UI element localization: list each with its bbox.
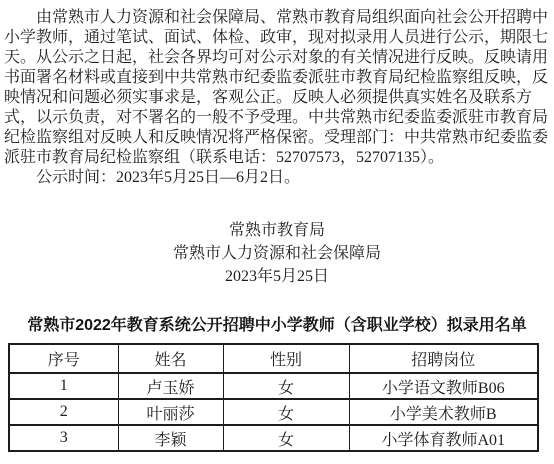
cell-number: 1 <box>9 373 118 399</box>
cell-number: 2 <box>9 399 118 425</box>
col-header-gender: 性别 <box>223 344 349 373</box>
cell-name: 叶丽莎 <box>118 399 223 425</box>
signature-org-education-bureau: 常熟市教育局 <box>0 219 554 242</box>
announcement-line: 天。从公示之日起，社会各界均可对公示对象的有关情况进行反映。反映请用 <box>4 48 554 68</box>
recruitment-roster-table: 序号 姓名 性别 招聘岗位 1 卢玉娇 女 小学语文教师B06 2 叶丽莎 女 … <box>8 343 539 452</box>
col-header-position: 招聘岗位 <box>349 344 538 373</box>
announcement-line: 映情况和问题必须实事求是，客观公正。反映人必须提供真实姓名及联系方 <box>4 88 554 108</box>
cell-name: 李颖 <box>118 425 223 451</box>
col-header-name: 姓名 <box>118 344 223 373</box>
cell-gender: 女 <box>223 425 349 451</box>
roster-table-title: 常熟市2022年教育系统公开招聘中小学教师（含职业学校）拟录用名单 <box>0 316 554 336</box>
cell-position: 小学体育教师A01 <box>349 425 538 451</box>
document-page: 由常熟市人力资源和社会保障局、常熟市教育局组织面向社会公开招聘中 小学教师，通过… <box>0 0 554 464</box>
col-header-number: 序号 <box>9 344 118 373</box>
announcement-line: 小学教师，通过笔试、面试、体检、政审，现对拟录用人员进行公示，期限七 <box>4 28 554 48</box>
cell-position: 小学美术教师B <box>349 399 538 425</box>
announcement-line: 派驻市教育局纪检监察组（联系电话：52707573，52707135）。 <box>4 148 554 168</box>
signature-date: 2023年5月25日 <box>0 265 554 288</box>
cell-gender: 女 <box>223 373 349 399</box>
table-row: 3 李颖 女 小学体育教师A01 <box>9 425 538 451</box>
signature-org-hr-bureau: 常熟市人力资源和社会保障局 <box>0 242 554 265</box>
table-row: 2 叶丽莎 女 小学美术教师B <box>9 399 538 425</box>
cell-gender: 女 <box>223 399 349 425</box>
cell-number: 3 <box>9 425 118 451</box>
announcement-body: 由常熟市人力资源和社会保障局、常熟市教育局组织面向社会公开招聘中 小学教师，通过… <box>0 0 554 188</box>
cell-position: 小学语文教师B06 <box>349 373 538 399</box>
announcement-line: 纪检监察组对反映人和反映情况将严格保密。受理部门：中共常熟市纪委监委 <box>4 128 554 148</box>
signature-block: 常熟市教育局 常熟市人力资源和社会保障局 2023年5月25日 <box>0 219 554 288</box>
announcement-line: 由常熟市人力资源和社会保障局、常熟市教育局组织面向社会公开招聘中 <box>4 8 554 28</box>
announcement-line: 书面署名材料或直接到中共常熟市纪委监委派驻市教育局纪检监察组反映，反 <box>4 68 554 88</box>
announcement-line: 式，以示负责，对不署名的一般不予受理。中共常熟市纪委监委派驻市教育局 <box>4 108 554 128</box>
publicity-period-line: 公示时间：2023年5月25日—6月2日。 <box>4 168 554 188</box>
cell-name: 卢玉娇 <box>118 373 223 399</box>
table-header-row: 序号 姓名 性别 招聘岗位 <box>9 344 538 373</box>
table-row: 1 卢玉娇 女 小学语文教师B06 <box>9 373 538 399</box>
